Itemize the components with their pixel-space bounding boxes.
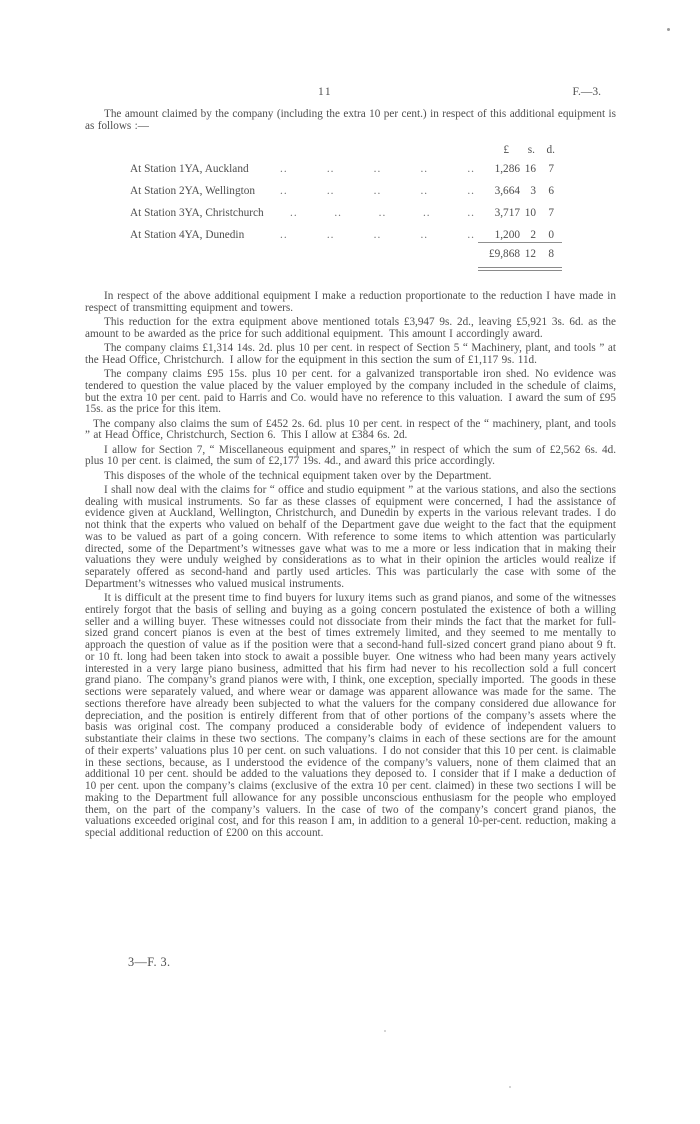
dot-leader: .. — [420, 163, 428, 175]
body-paragraph: This disposes of the whole of the techni… — [85, 471, 616, 483]
dot-leader: .. — [280, 185, 288, 197]
station-label: At Station 1YA, Auckland — [130, 163, 249, 175]
body-paragraph: The company also claims the sum of £452 … — [85, 419, 616, 443]
dot-leader: .. — [334, 207, 342, 219]
dot-leader: .. — [290, 207, 298, 219]
pounds-column-header: £ — [479, 144, 509, 156]
amount-pence: 6 — [538, 185, 554, 197]
amount-pounds: 3,664 — [456, 185, 520, 197]
total-pounds: £9,868 — [456, 248, 520, 260]
document-reference: F.—3. — [573, 86, 601, 98]
body-paragraph: It is difficult at the present time to f… — [85, 593, 616, 840]
dot-leader: .. — [327, 185, 335, 197]
intro-paragraph: The amount claimed by the company (inclu… — [85, 109, 616, 133]
body-paragraph: I allow for Section 7, “ Miscellaneous e… — [85, 445, 616, 469]
dot-leader: .. — [327, 163, 335, 175]
dot-leaders: .. .. .. .. .. — [280, 229, 475, 241]
body-paragraph: The company claims £1,314 14s. 2d. plus … — [85, 343, 616, 367]
dot-leader: .. — [374, 229, 382, 241]
table-row: At Station 1YA, Auckland .. .. .. .. .. … — [130, 163, 616, 179]
running-head: 11 F.—3. — [85, 86, 601, 100]
body-paragraph: The company claims £95 15s. plus 10 per … — [85, 369, 616, 416]
total-rule-bottom — [478, 267, 562, 271]
signature-line: 3—F. 3. — [128, 955, 170, 970]
station-label: At Station 4YA, Dunedin — [130, 229, 244, 241]
table-total-row: £9,868 12 8 — [130, 248, 616, 263]
dot-leader: .. — [374, 185, 382, 197]
amount-pence: 7 — [538, 163, 554, 175]
amount-shillings: 3 — [514, 185, 536, 197]
dot-leader: .. — [420, 229, 428, 241]
station-label: At Station 2YA, Wellington — [130, 185, 255, 197]
amount-pounds: 1,286 — [456, 163, 520, 175]
claims-table-header: £ s. d. — [130, 144, 616, 158]
dot-leader: .. — [374, 163, 382, 175]
scan-speck — [509, 1086, 511, 1088]
page-number: 11 — [318, 86, 332, 98]
scanned-document-page: 11 F.—3. The amount claimed by the compa… — [0, 0, 700, 1124]
claims-table: £ s. d. At Station 1YA, Auckland .. .. .… — [85, 142, 616, 278]
total-rule-top — [478, 242, 562, 243]
dot-leader: .. — [327, 229, 335, 241]
amount-shillings: 2 — [514, 229, 536, 241]
station-label: At Station 3YA, Christchurch — [130, 207, 264, 219]
scan-speck — [667, 28, 670, 31]
dot-leaders: .. .. .. .. .. — [290, 207, 475, 219]
dot-leader: .. — [379, 207, 387, 219]
amount-shillings: 10 — [514, 207, 536, 219]
table-row: At Station 2YA, Wellington .. .. .. .. .… — [130, 185, 616, 201]
total-pence: 8 — [538, 248, 554, 260]
amount-pounds: 1,200 — [456, 229, 520, 241]
dot-leader: .. — [280, 163, 288, 175]
table-row: At Station 3YA, Christchurch .. .. .. ..… — [130, 207, 616, 223]
pence-column-header: d. — [539, 144, 555, 156]
scan-speck — [384, 1030, 386, 1032]
amount-pence: 0 — [538, 229, 554, 241]
body-paragraph: I shall now deal with the claims for “ o… — [85, 485, 616, 591]
amount-shillings: 16 — [514, 163, 536, 175]
dot-leader: .. — [420, 185, 428, 197]
dot-leader: .. — [280, 229, 288, 241]
body-text: In respect of the above additional equip… — [85, 291, 616, 842]
shillings-column-header: s. — [515, 144, 535, 156]
dot-leaders: .. .. .. .. .. — [280, 185, 475, 197]
amount-pence: 7 — [538, 207, 554, 219]
total-shillings: 12 — [514, 248, 536, 260]
dot-leader: .. — [423, 207, 431, 219]
dot-leaders: .. .. .. .. .. — [280, 163, 475, 175]
body-paragraph: In respect of the above additional equip… — [85, 291, 616, 315]
body-paragraph: This reduction for the extra equipment a… — [85, 317, 616, 341]
amount-pounds: 3,717 — [456, 207, 520, 219]
